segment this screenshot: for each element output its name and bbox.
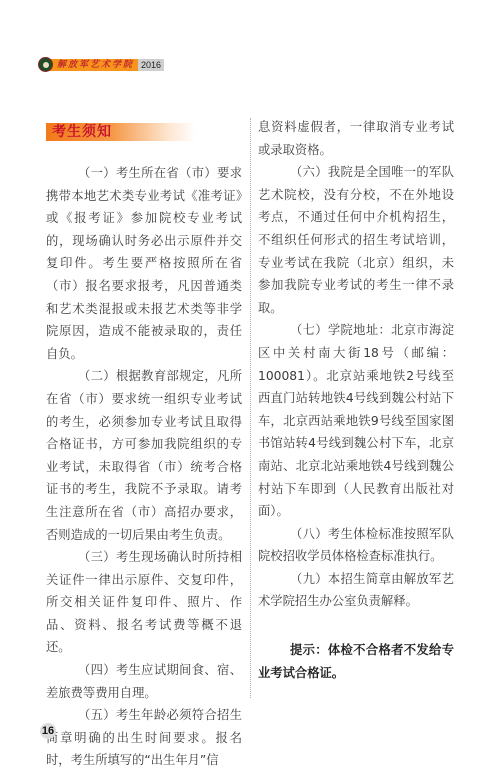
academy-emblem-icon (38, 57, 53, 72)
paragraph-2: （二）根据教育部规定，凡所在省（市）要求统一组织专业考试的考生，必须参加专业考试… (46, 365, 242, 546)
page-number: 16 (40, 723, 56, 739)
paragraph-8: （八）考生体检标准按照军队院校招收学员体格检查标准执行。 (258, 523, 454, 568)
brand-name: 解放军艺术学院 (49, 59, 138, 71)
paragraph-9: （九）本招生简章由解放军艺术学院招生办公室负责解释。 (258, 568, 454, 613)
year-label: 2016 (138, 59, 164, 71)
page-header: 解放军艺术学院 2016 (38, 57, 164, 72)
paragraph-4: （四）考生应试期间食、宿、差旅费等费用自理。 (46, 659, 242, 704)
emblem-star (43, 62, 49, 68)
tip-note: 提示：体检不合格者不发给专业考试合格证。 (258, 639, 454, 684)
left-column: （一）考生所在省（市）要求携带本地艺术类专业考试《准考证》或《报考证》参加院校专… (46, 162, 242, 772)
paragraph-3: （三）考生现场确认时所持相关证件一律出示原件、交复印件，所交相关证件复印件、照片… (46, 546, 242, 659)
paragraph-6: （六）我院是全国唯一的军队艺术院校，没有分校，不在外地设考点，不通过任何中介机构… (258, 161, 454, 319)
section-title-bar: 考生须知 (46, 123, 196, 141)
paragraph-5-continued: 息资料虚假者，一律取消专业考试或录取资格。 (258, 116, 454, 161)
paragraph-5: （五）考生年龄必须符合招生简章明确的出生时间要求。报名时，考生所填写的“出生年月… (46, 704, 242, 772)
section-title: 考生须知 (46, 123, 196, 141)
paragraph-7: （七）学院地址：北京市海淀区中关村南大街18号（邮编：100081）。北京站乘地… (258, 319, 454, 522)
right-column: 息资料虚假者，一律取消专业考试或录取资格。 （六）我院是全国唯一的军队艺术院校，… (258, 116, 454, 684)
column-divider (250, 118, 251, 698)
paragraph-1: （一）考生所在省（市）要求携带本地艺术类专业考试《准考证》或《报考证》参加院校专… (46, 162, 242, 365)
